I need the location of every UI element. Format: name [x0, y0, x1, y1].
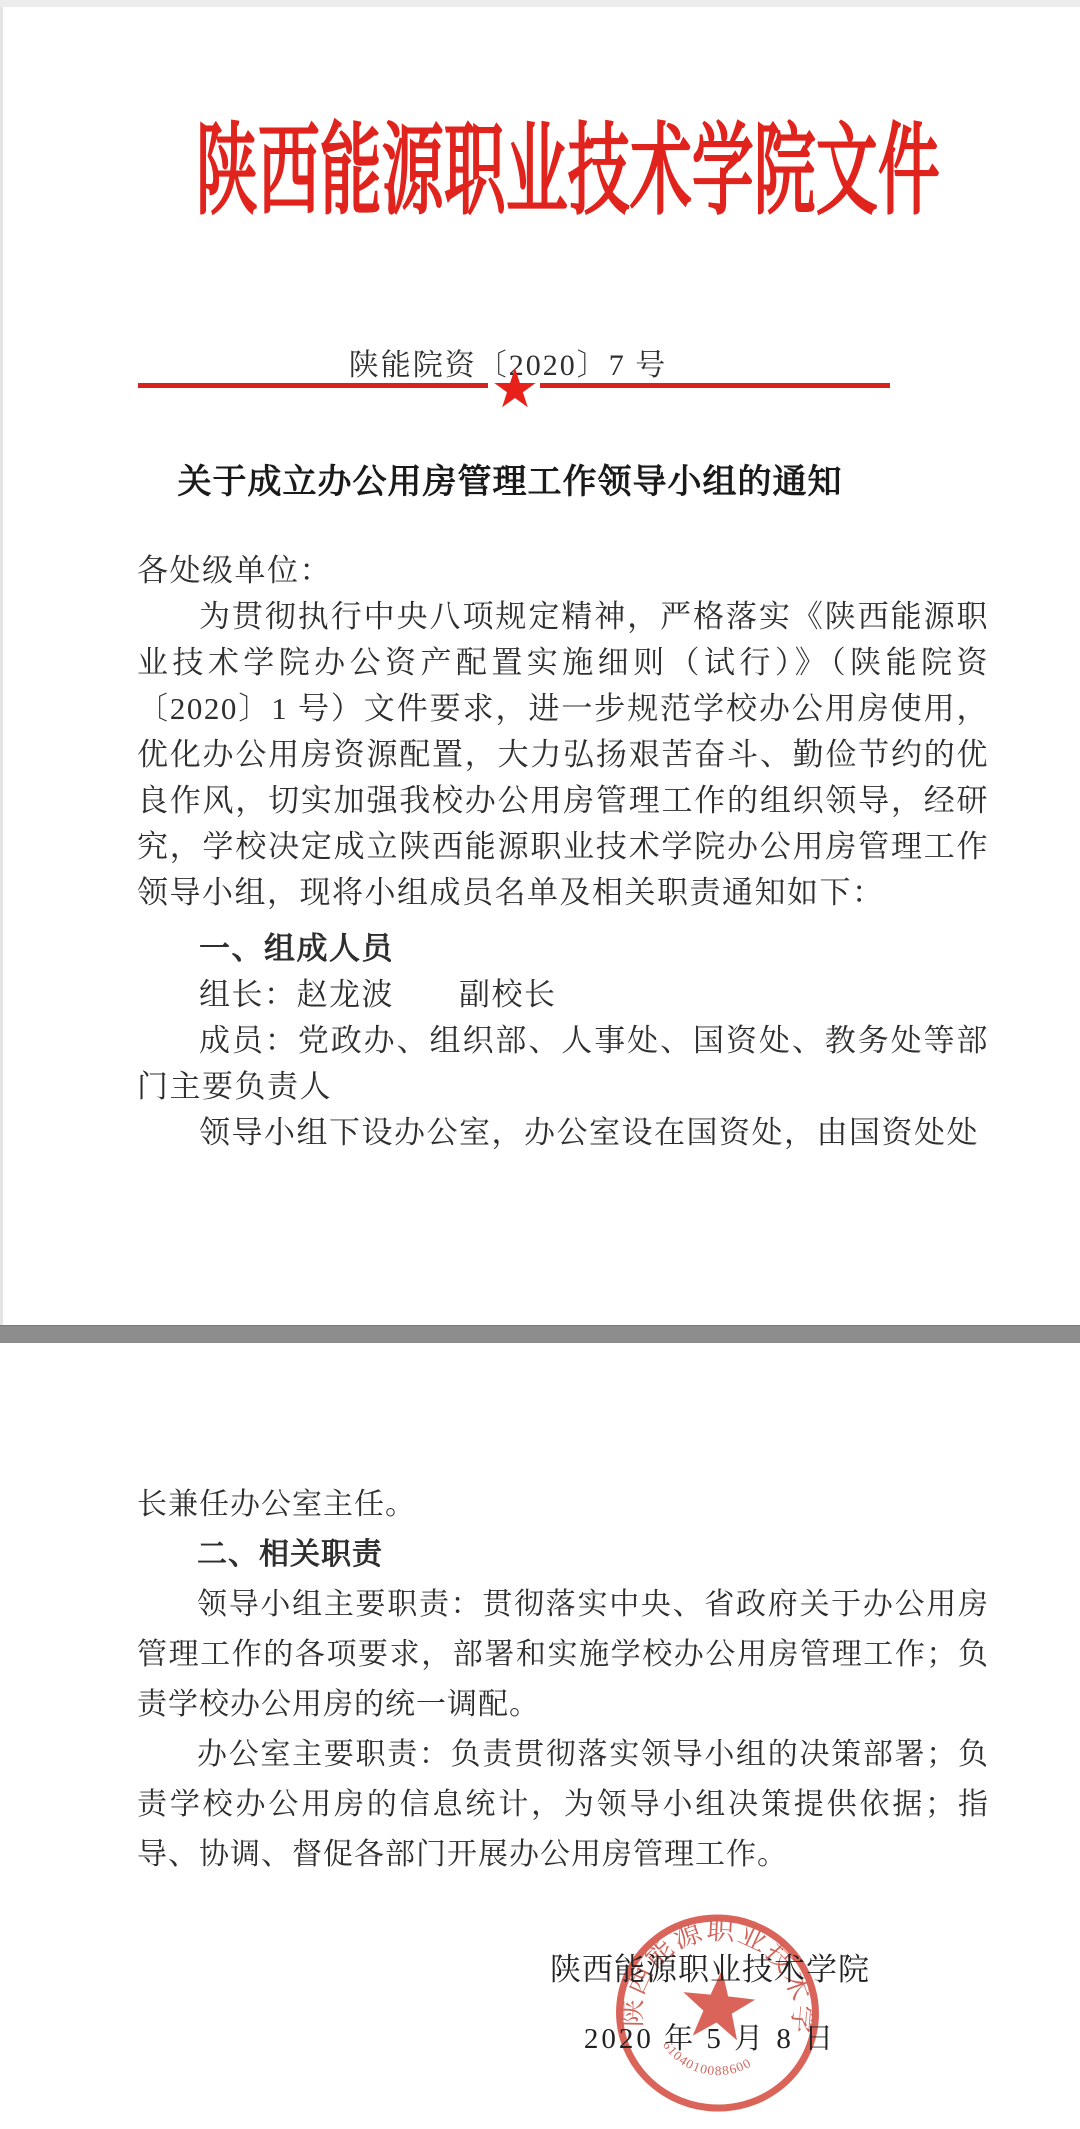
signature-issuer: 陕西能源职业技术学院 [530, 1944, 890, 1989]
document-title: 关于成立办公用房管理工作领导小组的通知 [0, 454, 1020, 503]
section-2-heading: 二、相关职责 [137, 1530, 989, 1580]
page-2-body: 长兼任办公室主任。 二、相关职责 领导小组主要职责：贯彻落实中央、省政府关于办公… [137, 1480, 989, 1880]
red-rule-right [540, 383, 890, 388]
intro-paragraph: 为贯彻执行中央八项规定精神，严格落实《陕西能源职业技术学院办公资产配置实施细则（… [137, 594, 989, 916]
scan-top-edge [0, 0, 1080, 7]
document-scan: 陕西能源职业技术学院文件 陕能院资〔2020〕7 号 ★ 关于成立办公用房管理工… [0, 0, 1080, 2129]
section-1-heading: 一、组成人员 [137, 926, 989, 972]
issuer-header: 陕西能源职业技术学院文件 [196, 118, 835, 226]
red-rule-left [138, 383, 488, 388]
members-line: 成员：党政办、组织部、人事处、国资处、教务处等部门主要负责人 [137, 1018, 989, 1110]
star-icon: ★ [478, 360, 552, 418]
page-divider [0, 1325, 1080, 1343]
office-setup-line: 领导小组下设办公室，办公室设在国资处，由国资处处 [137, 1110, 989, 1156]
salutation: 各处级单位： [137, 548, 989, 594]
scan-left-edge [0, 7, 3, 1325]
signature-date: 2020 年 5 月 8 日 [530, 2016, 890, 2057]
page-1-body: 各处级单位： 为贯彻执行中央八项规定精神，严格落实《陕西能源职业技术学院办公资产… [137, 548, 989, 1156]
leading-group-duties: 领导小组主要职责：贯彻落实中央、省政府关于办公用房管理工作的各项要求，部署和实施… [137, 1580, 989, 1730]
office-duties: 办公室主要职责：负责贯彻落实领导小组的决策部署；负责学校办公用房的信息统计，为领… [137, 1730, 989, 1880]
leader-line: 组长：赵龙波 副校长 [137, 972, 989, 1018]
office-setup-continuation: 长兼任办公室主任。 [137, 1480, 989, 1530]
signature-block: 陕西能源职业技术学院 2020 年 5 月 8 日 [530, 1944, 890, 2057]
